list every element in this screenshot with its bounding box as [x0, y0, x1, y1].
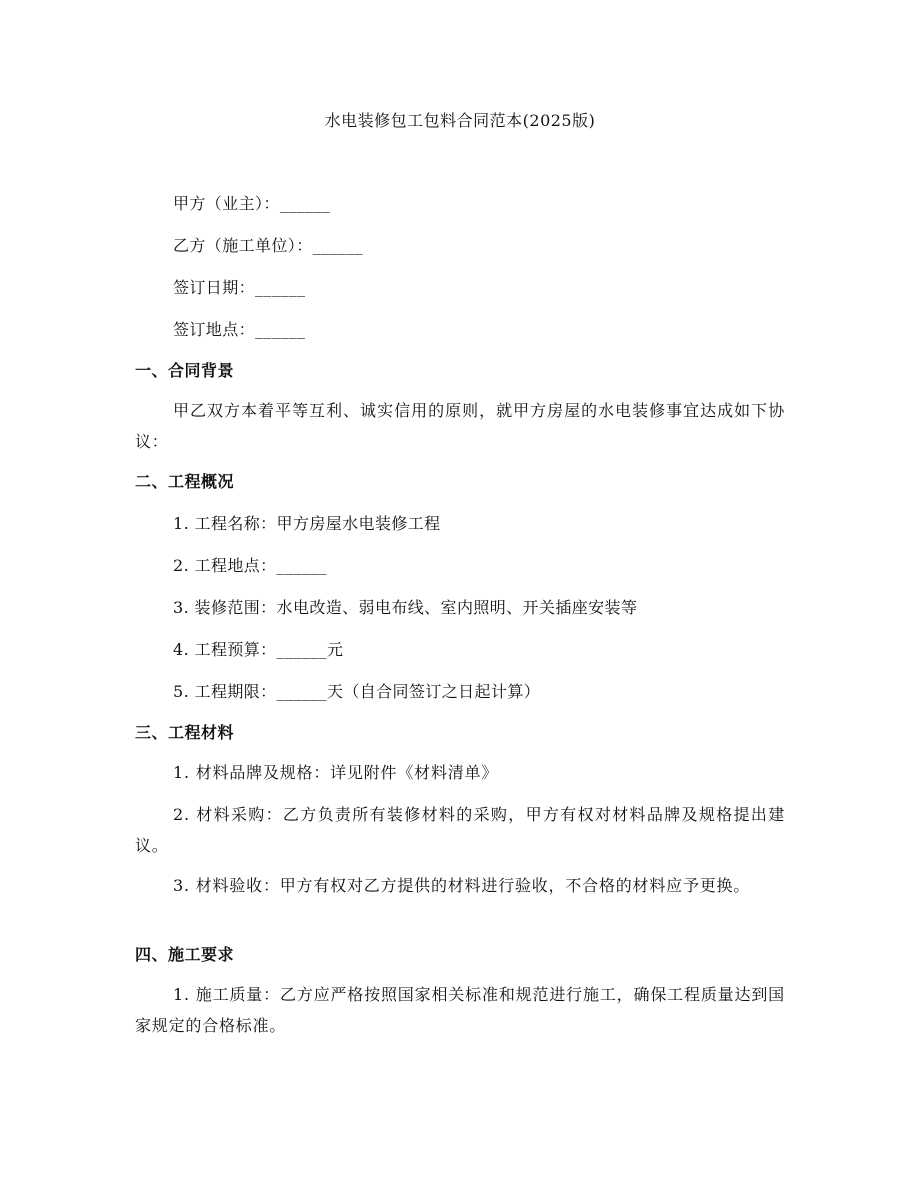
sign-date-label: 签订日期：	[173, 278, 255, 297]
party-b-line: 乙方（施工单位）：______	[173, 233, 363, 256]
construction-item-1: 1. 施工质量：乙方应严格按照国家相关标准和规范进行施工，确保工程质量达到国家规…	[135, 979, 785, 1041]
section-3-heading: 三、工程材料	[135, 720, 234, 743]
party-a-value: ______	[280, 194, 330, 213]
sign-date-value: ______	[255, 278, 305, 297]
party-b-label: 乙方（施工单位）：	[173, 236, 313, 255]
section-1-paragraph: 甲乙双方本着平等互利、诚实信用的原则，就甲方房屋的水电装修事宜达成如下协议：	[135, 395, 785, 457]
section-1-heading: 一、合同背景	[135, 358, 234, 381]
document-title: 水电装修包工包料合同范本(2025版)	[0, 108, 920, 131]
document-page: 水电装修包工包料合同范本(2025版) 甲方（业主）：______ 乙方（施工单…	[0, 0, 920, 1191]
section-4-heading: 四、施工要求	[135, 942, 234, 965]
sign-place-label: 签订地点：	[173, 320, 255, 339]
party-b-value: ______	[313, 236, 363, 255]
project-item-4: 4. 工程预算：______元	[173, 637, 343, 660]
project-item-3: 3. 装修范围：水电改造、弱电布线、室内照明、开关插座安装等	[173, 595, 637, 618]
material-item-3: 3. 材料验收：甲方有权对乙方提供的材料进行验收，不合格的材料应予更换。	[135, 870, 785, 901]
sign-date-line: 签订日期：______	[173, 275, 305, 298]
material-item-2: 2. 材料采购：乙方负责所有装修材料的采购，甲方有权对材料品牌及规格提出建议。	[135, 799, 785, 861]
project-item-2: 2. 工程地点：______	[173, 553, 327, 576]
sign-place-line: 签订地点：______	[173, 317, 305, 340]
project-item-1: 1. 工程名称：甲方房屋水电装修工程	[173, 511, 441, 534]
party-a-label: 甲方（业主）：	[173, 194, 280, 213]
party-a-line: 甲方（业主）：______	[173, 191, 330, 214]
project-item-5: 5. 工程期限：______天（自合同签订之日起计算）	[173, 679, 540, 702]
material-item-1: 1. 材料品牌及规格：详见附件《材料清单》	[135, 757, 785, 788]
section-2-heading: 二、工程概况	[135, 469, 234, 492]
sign-place-value: ______	[255, 320, 305, 339]
